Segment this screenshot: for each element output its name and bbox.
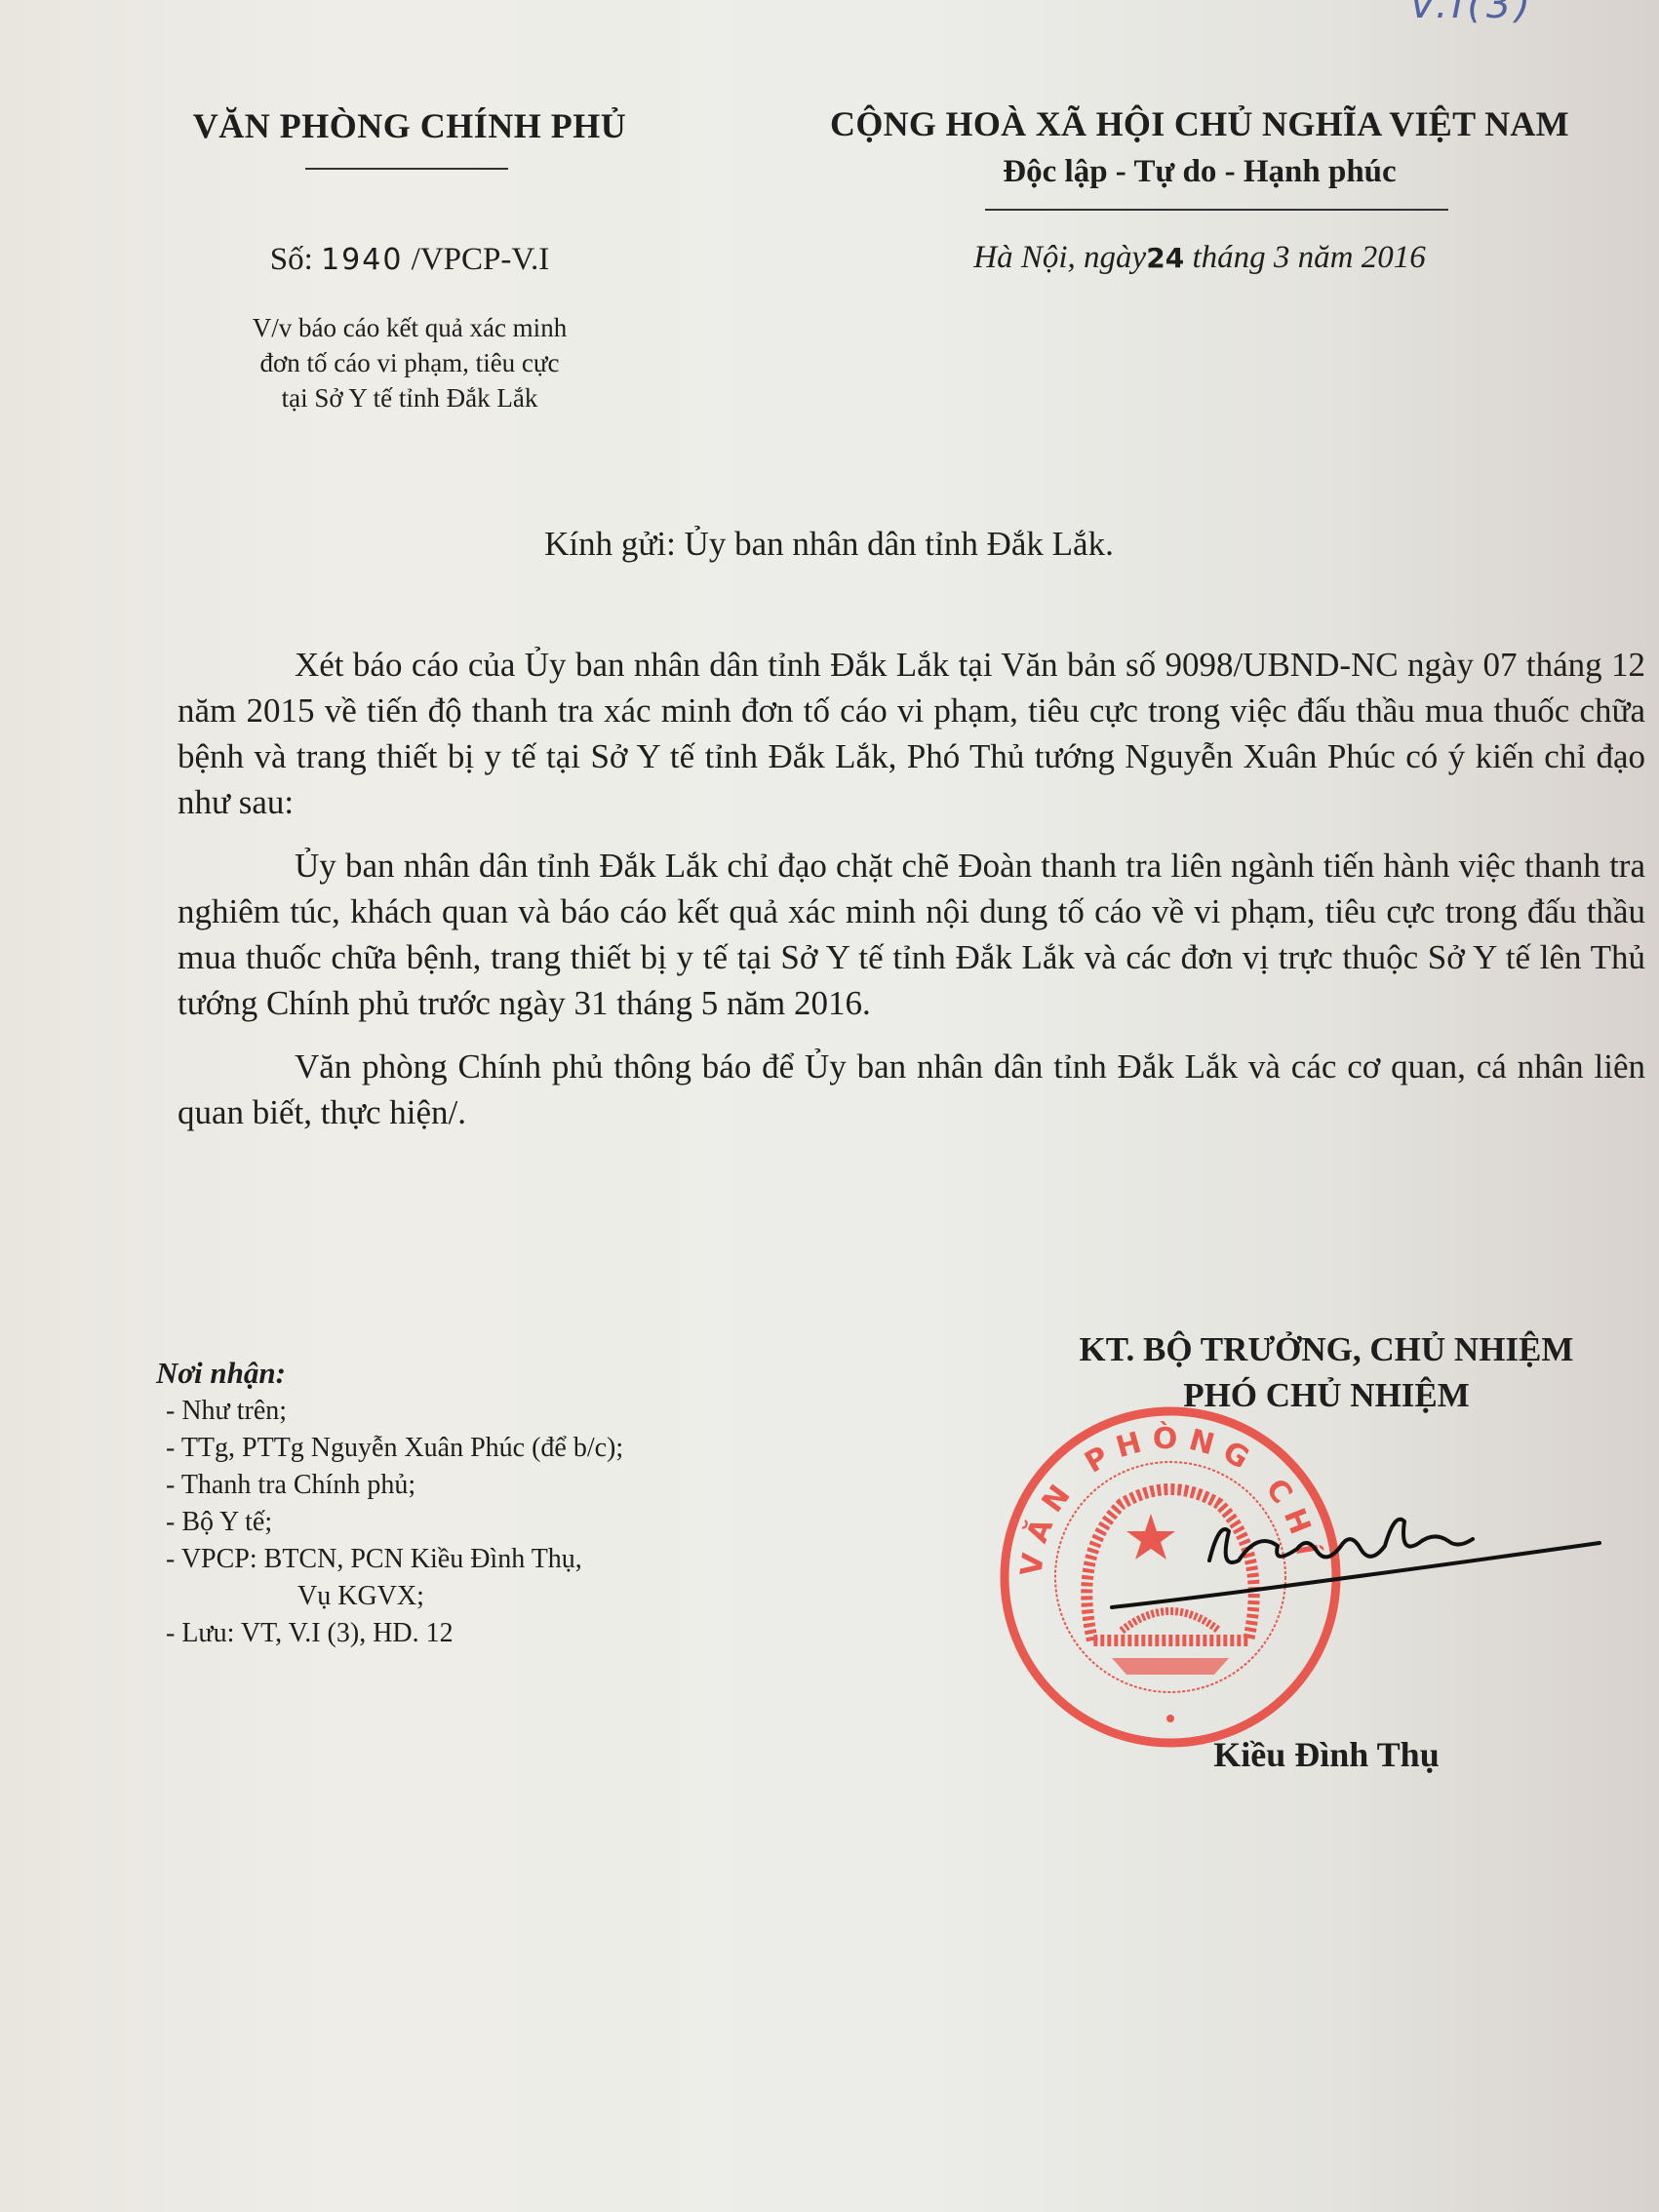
recipient-item: - Bộ Y tế; [166, 1504, 780, 1541]
signature-icon [1073, 1492, 1619, 1619]
org-divider [305, 168, 508, 170]
recipient-item: Vụ KGVX; [166, 1578, 780, 1615]
salutation: Kính gửi: Ủy ban nhân dân tỉnh Đắk Lắk. [146, 525, 1512, 564]
subject-line: tại Sở Y tế tỉnh Đắk Lắk [156, 380, 663, 415]
recipient-item: - Như trên; [166, 1393, 780, 1430]
letter-body: Xét báo cáo của Ủy ban nhân dân tỉnh Đắk… [178, 642, 1645, 1153]
body-paragraph: Văn phòng Chính phủ thông báo để Ủy ban … [178, 1044, 1645, 1135]
recipient-item: - Thanh tra Chính phủ; [166, 1467, 780, 1504]
recipient-item: - TTg, PTTg Nguyễn Xuân Phúc (để b/c); [166, 1430, 780, 1467]
doc-number-handwritten: 1940 [321, 243, 403, 277]
authority-line: KT. BỘ TRƯỞNG, CHỦ NHIỆM [995, 1326, 1658, 1372]
recipient-item: - Lưu: VT, V.I (3), HD. 12 [166, 1615, 780, 1652]
issuing-org: VĂN PHÒNG CHÍNH PHỦ [117, 105, 702, 146]
nation-title: CỘNG HOÀ XÃ HỘI CHỦ NGHĨA VIỆT NAM [780, 103, 1619, 144]
doc-number-label: Số: [270, 242, 313, 277]
recipients-title: Nơi nhận: [156, 1354, 780, 1393]
subject-line: đơn tố cáo vi phạm, tiêu cực [156, 345, 663, 380]
day-handwritten: 24 [1146, 242, 1184, 274]
body-paragraph: Xét báo cáo của Ủy ban nhân dân tỉnh Đắk… [178, 642, 1645, 825]
motto-divider [985, 209, 1448, 211]
motto: Độc lập - Tự do - Hạnh phúc [780, 154, 1619, 190]
subject-line: V/v báo cáo kết quả xác minh [156, 310, 663, 345]
doc-number-suffix: /VPCP-V.I [412, 242, 550, 277]
recipients-block: Nơi nhận: - Như trên; - TTg, PTTg Nguyễn… [156, 1354, 780, 1652]
subject: V/v báo cáo kết quả xác minh đơn tố cáo … [156, 310, 663, 415]
signer-name: Kiều Đình Thụ [995, 1734, 1658, 1775]
place-date-prefix: Hà Nội, ngày [973, 240, 1146, 275]
place-date-suffix: tháng 3 năm 2016 [1192, 240, 1425, 275]
body-paragraph: Ủy ban nhân dân tỉnh Đắk Lắk chỉ đạo chặ… [178, 843, 1645, 1026]
document-number: Số: 1940 /VPCP-V.I [117, 242, 702, 278]
recipient-item: - VPCP: BTCN, PCN Kiều Đình Thụ, [166, 1541, 780, 1578]
handwritten-note: V.I(3) [1409, 0, 1534, 27]
place-date: Hà Nội, ngày24 tháng 3 năm 2016 [780, 240, 1619, 276]
